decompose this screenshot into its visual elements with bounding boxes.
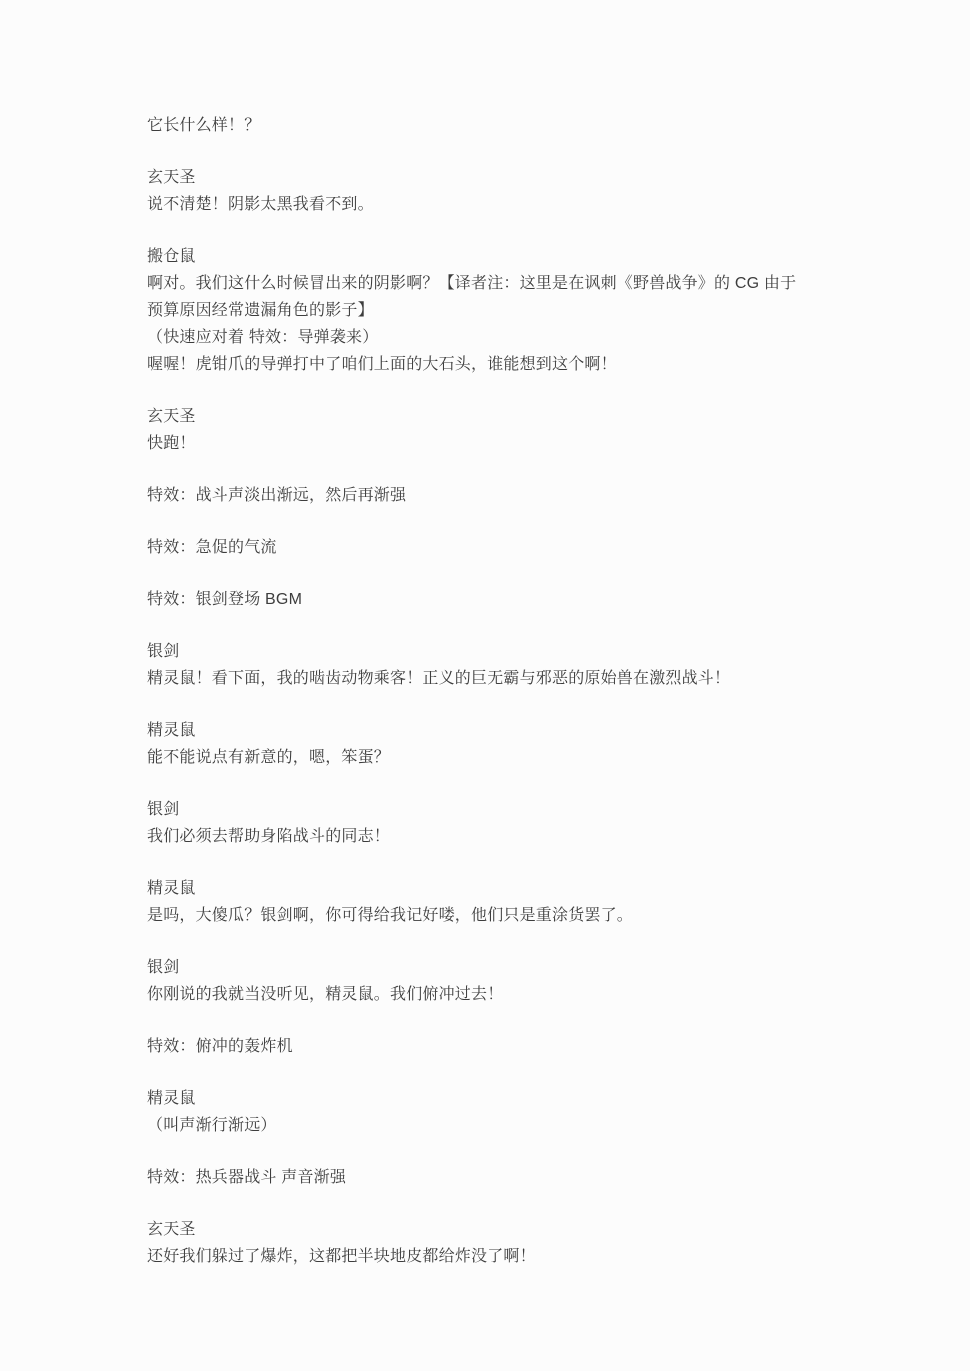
- speaker-name: 银剑: [147, 954, 880, 981]
- stage-direction-line: （叫声渐行渐远）: [147, 1112, 880, 1139]
- speaker-name: 精灵鼠: [147, 875, 880, 902]
- sfx-line: 特效：热兵器战斗 声音渐强: [147, 1164, 880, 1191]
- script-block: 特效：银剑登场 BGM: [147, 586, 880, 613]
- script-block: 搬仓鼠啊对。我们这什么时候冒出来的阴影啊？【译者注：这里是在讽刺《野兽战争》的 …: [147, 243, 880, 378]
- dialogue-line: 喔喔！虎钳爪的导弹打中了咱们上面的大石头，谁能想到这个啊！: [147, 351, 880, 378]
- script-block: 银剑我们必须去帮助身陷战斗的同志！: [147, 796, 880, 850]
- speaker-name: 玄天圣: [147, 164, 880, 191]
- dialogue-line: 你刚说的我就当没听见，精灵鼠。我们俯冲过去！: [147, 981, 880, 1008]
- speaker-name: 玄天圣: [147, 1216, 880, 1243]
- dialogue-line: 预算原因经常遗漏角色的影子】: [147, 297, 880, 324]
- dialogue-line: 它长什么样！？: [147, 112, 880, 139]
- speaker-name: 精灵鼠: [147, 1085, 880, 1112]
- script-block: 特效：热兵器战斗 声音渐强: [147, 1164, 880, 1191]
- dialogue-line: 能不能说点有新意的，嗯，笨蛋？: [147, 744, 880, 771]
- script-block: 玄天圣还好我们躲过了爆炸，这都把半块地皮都给炸没了啊！: [147, 1216, 880, 1270]
- script-block: 玄天圣说不清楚！阴影太黑我看不到。: [147, 164, 880, 218]
- stage-direction-line: （快速应对着 特效：导弹袭来）: [147, 324, 880, 351]
- script-content: 它长什么样！？玄天圣说不清楚！阴影太黑我看不到。搬仓鼠啊对。我们这什么时候冒出来…: [147, 112, 880, 1295]
- dialogue-line: 啊对。我们这什么时候冒出来的阴影啊？【译者注：这里是在讽刺《野兽战争》的 CG …: [147, 270, 880, 297]
- script-block: 精灵鼠是吗，大傻瓜？银剑啊，你可得给我记好喽，他们只是重涂货罢了。: [147, 875, 880, 929]
- script-block: 银剑精灵鼠！看下面，我的啮齿动物乘客！正义的巨无霸与邪恶的原始兽在激烈战斗！: [147, 638, 880, 692]
- dialogue-line: 还好我们躲过了爆炸，这都把半块地皮都给炸没了啊！: [147, 1243, 880, 1270]
- sfx-line: 特效：战斗声淡出渐远，然后再渐强: [147, 482, 880, 509]
- script-block: 特效：俯冲的轰炸机: [147, 1033, 880, 1060]
- dialogue-line: 我们必须去帮助身陷战斗的同志！: [147, 823, 880, 850]
- dialogue-line: 精灵鼠！看下面，我的啮齿动物乘客！正义的巨无霸与邪恶的原始兽在激烈战斗！: [147, 665, 880, 692]
- sfx-line: 特效：急促的气流: [147, 534, 880, 561]
- script-block: 它长什么样！？: [147, 112, 880, 139]
- speaker-name: 搬仓鼠: [147, 243, 880, 270]
- script-block: 银剑你刚说的我就当没听见，精灵鼠。我们俯冲过去！: [147, 954, 880, 1008]
- script-block: 精灵鼠（叫声渐行渐远）: [147, 1085, 880, 1139]
- sfx-line: 特效：俯冲的轰炸机: [147, 1033, 880, 1060]
- dialogue-line: 是吗，大傻瓜？银剑啊，你可得给我记好喽，他们只是重涂货罢了。: [147, 902, 880, 929]
- speaker-name: 精灵鼠: [147, 717, 880, 744]
- script-block: 玄天圣快跑！: [147, 403, 880, 457]
- speaker-name: 银剑: [147, 638, 880, 665]
- script-block: 特效：战斗声淡出渐远，然后再渐强: [147, 482, 880, 509]
- speaker-name: 银剑: [147, 796, 880, 823]
- script-block: 精灵鼠能不能说点有新意的，嗯，笨蛋？: [147, 717, 880, 771]
- speaker-name: 玄天圣: [147, 403, 880, 430]
- dialogue-line: 快跑！: [147, 430, 880, 457]
- dialogue-line: 说不清楚！阴影太黑我看不到。: [147, 191, 880, 218]
- script-block: 特效：急促的气流: [147, 534, 880, 561]
- document-page: 它长什么样！？玄天圣说不清楚！阴影太黑我看不到。搬仓鼠啊对。我们这什么时候冒出来…: [0, 0, 970, 1371]
- sfx-line: 特效：银剑登场 BGM: [147, 586, 880, 613]
